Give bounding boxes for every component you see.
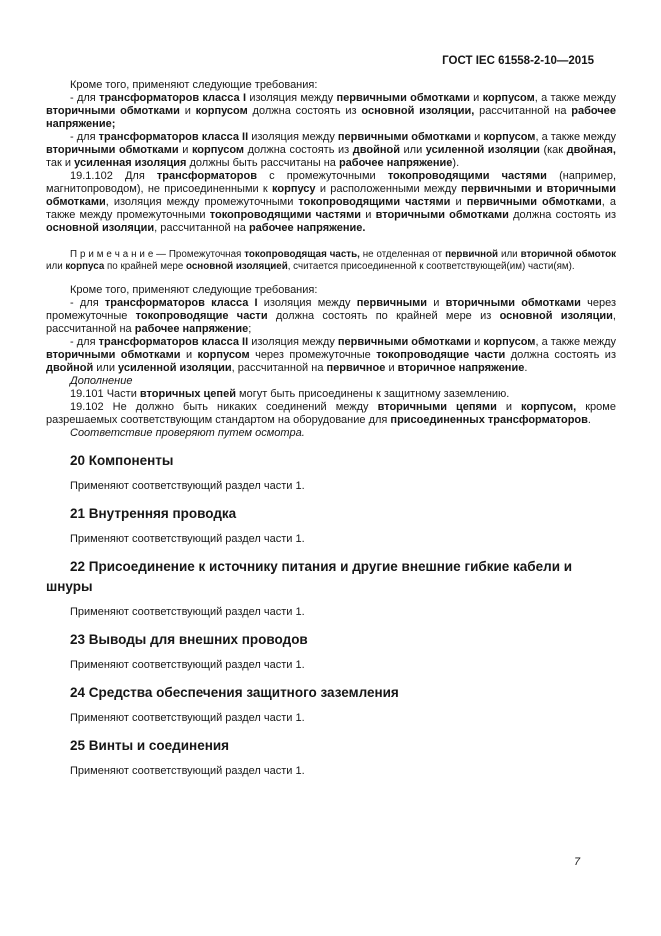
compliance-check: Соответствие проверяют путем осмотра. — [46, 427, 616, 440]
text-segment: вторичными обмотками — [46, 105, 180, 117]
text-segment: вторичной обмоток — [521, 249, 616, 260]
text-segment: усиленная изоляция — [74, 157, 186, 169]
text-segment: двойной — [353, 144, 400, 156]
text-segment: - для — [70, 297, 105, 309]
text-segment: корпусом — [198, 349, 250, 361]
text-segment: корпусом — [483, 131, 535, 143]
text-segment: ; — [248, 323, 251, 335]
addition-label: Дополнение — [46, 375, 616, 388]
section-24-body: Применяют соответствующий раздел части 1… — [46, 712, 616, 725]
text-segment: трансформаторов класса I — [105, 297, 258, 309]
text-segment: корпусом — [192, 144, 244, 156]
section-22-heading: 22 Присоединение к источнику питания и д… — [46, 557, 616, 597]
text-segment: рабочее напряжение. — [249, 222, 366, 234]
text-segment: Применяют соответствующий раздел части 1… — [70, 606, 305, 618]
text-segment: основной изоляции, — [361, 105, 474, 117]
text-segment: и — [470, 92, 483, 104]
text-segment: трансформаторов класса I — [99, 92, 246, 104]
text-segment: первичными обмотками — [337, 92, 470, 104]
text-segment: рабочее напряжение — [339, 157, 452, 169]
text-segment: основной изоляцией — [186, 261, 288, 272]
text-segment: с промежуточными — [257, 170, 388, 182]
note-19-1-102: П р и м е ч а н и е — Промежуточная токо… — [46, 249, 616, 273]
text-segment: , считается присоединенной к соответству… — [288, 261, 575, 272]
text-segment: 19.102 Не должно быть никаких соединений… — [70, 401, 378, 413]
text-segment: двойная, — [567, 144, 616, 156]
section-21-heading: 21 Внутренняя проводка — [46, 504, 616, 524]
text-segment: корпуса — [65, 261, 104, 272]
text-segment: вторичными цепями — [378, 401, 497, 413]
text-segment: первичными обмотками — [338, 336, 471, 348]
section-21-body: Применяют соответствующий раздел части 1… — [46, 533, 616, 546]
text-segment: корпусом — [483, 92, 535, 104]
text-segment: токопроводящими частями — [298, 196, 450, 208]
text-segment: вторичными обмотками — [446, 297, 581, 309]
text-segment: могут быть присоединены к защитному зазе… — [236, 388, 509, 400]
text-segment: вторичными обмотками — [46, 144, 179, 156]
text-segment: первичными обмотками — [338, 131, 471, 143]
text-segment: , рассчитанной на — [154, 222, 249, 234]
text-segment: усиленной изоляции — [118, 362, 232, 374]
text-segment: ). — [452, 157, 459, 169]
section-23-heading: 23 Выводы для внешних проводов — [46, 630, 616, 650]
text-segment: не отделенная от — [360, 249, 445, 260]
page-number: 7 — [574, 856, 580, 868]
text-segment: рабочее напряжение — [135, 323, 248, 335]
clause-19-102: 19.102 Не должно быть никаких соединений… — [46, 401, 616, 427]
document-body: Кроме того, применяют следующие требован… — [46, 79, 616, 778]
document-page: ГОСТ IEC 61558-2-10—2015 Кроме того, при… — [0, 0, 661, 936]
text-segment: и — [181, 349, 198, 361]
text-segment: корпусом — [483, 336, 535, 348]
text-segment: Применяют соответствующий раздел части 1… — [70, 480, 305, 492]
text-segment: и — [471, 336, 483, 348]
text-segment: 25 Винты и соединения — [70, 738, 229, 753]
text-segment: П р и м е ч а н и е — Промежуточная — [70, 249, 244, 260]
text-segment: трансформаторов — [157, 170, 257, 182]
text-segment: и — [180, 105, 196, 117]
text-segment: и — [450, 196, 466, 208]
text-segment: Соответствие проверяют путем осмотра. — [70, 427, 305, 439]
text-segment: 23 Выводы для внешних проводов — [70, 632, 308, 647]
text-segment: Кроме того, применяют следующие требован… — [70, 284, 317, 296]
text-segment: должна состоять из — [509, 209, 616, 221]
text-segment: должна состоять по крайней мере из — [268, 310, 500, 322]
text-segment: Применяют соответствующий раздел части 1… — [70, 712, 305, 724]
text-segment: усиленной изоляции — [426, 144, 540, 156]
text-segment: первичными обмотками — [467, 196, 602, 208]
text-segment: через промежуточные — [250, 349, 377, 361]
section-25-heading: 25 Винты и соединения — [46, 736, 616, 756]
text-segment: вторичных цепей — [140, 388, 236, 400]
text-segment: токопроводящими частями — [388, 170, 547, 182]
text-segment: основной изоляции — [46, 222, 154, 234]
text-segment: должны быть рассчитаны на — [186, 157, 339, 169]
text-segment: токопроводящие части — [376, 349, 505, 361]
text-segment: присоединенных трансформаторов — [390, 414, 587, 426]
text-segment: должна состоять из — [505, 349, 616, 361]
text-segment: , изоляция между промежуточными — [106, 196, 299, 208]
text-segment: корпусом — [196, 105, 248, 117]
text-segment: двойной — [46, 362, 93, 374]
text-segment: - для — [70, 131, 99, 143]
text-segment: корпусом, — [521, 401, 576, 413]
text-segment: изоляция между — [258, 297, 357, 309]
text-segment: и — [385, 362, 397, 374]
text-segment: Применяют соответствующий раздел части 1… — [70, 765, 305, 777]
text-segment: и расположенными между — [316, 183, 461, 195]
text-segment: так и — [46, 157, 74, 169]
text-segment: и — [361, 209, 376, 221]
text-segment: основной изоляции — [500, 310, 613, 322]
section-24-heading: 24 Средства обеспечения защитного заземл… — [46, 683, 616, 703]
text-segment: Дополнение — [70, 375, 132, 387]
text-segment: 19.1.102 Для — [70, 170, 157, 182]
text-segment: (как — [540, 144, 567, 156]
text-segment: первичной — [445, 249, 498, 260]
text-segment: вторичными обмотками — [46, 349, 181, 361]
section-22-body: Применяют соответствующий раздел части 1… — [46, 606, 616, 619]
section-25-body: Применяют соответствующий раздел части 1… — [46, 765, 616, 778]
text-segment: 19.101 Части — [70, 388, 140, 400]
intro-requirements-2: Кроме того, применяют следующие требован… — [46, 284, 616, 297]
clause-19-1-102: 19.1.102 Для трансформаторов с промежуто… — [46, 170, 616, 235]
text-segment: токопроводящими частями — [210, 209, 361, 221]
text-segment: или — [46, 261, 65, 272]
text-segment: , рассчитанной на — [232, 362, 327, 374]
text-segment: Применяют соответствующий раздел части 1… — [70, 659, 305, 671]
text-segment: - для — [70, 92, 99, 104]
text-segment: вторичными обмотками — [376, 209, 509, 221]
section-20-heading: 20 Компоненты — [46, 451, 616, 471]
text-segment: токопроводящие части — [136, 310, 268, 322]
intro-requirements-1: Кроме того, применяют следующие требован… — [46, 79, 616, 92]
text-segment: Применяют соответствующий раздел части 1… — [70, 533, 305, 545]
text-segment: изоляция между — [248, 131, 338, 143]
class2-insulation-requirement: - для трансформаторов класса II изоляция… — [46, 131, 616, 170]
text-segment: и — [179, 144, 192, 156]
text-segment: должна состоять из — [248, 105, 362, 117]
text-segment: и — [427, 297, 446, 309]
text-segment: 21 Внутренняя проводка — [70, 506, 236, 521]
text-segment: или — [400, 144, 426, 156]
text-segment: вторичное напряжение — [398, 362, 525, 374]
text-segment: первичными — [357, 297, 427, 309]
text-segment: 20 Компоненты — [70, 453, 173, 468]
text-segment: . — [588, 414, 591, 426]
text-segment: первичное — [327, 362, 386, 374]
text-segment: изоляция между — [248, 336, 338, 348]
text-segment: или — [93, 362, 118, 374]
section-23-body: Применяют соответствующий раздел части 1… — [46, 659, 616, 672]
text-segment: изоляция между — [246, 92, 336, 104]
text-segment: трансформаторов класса II — [99, 336, 249, 348]
text-segment: и — [471, 131, 483, 143]
text-segment: - для — [70, 336, 99, 348]
text-segment: токопроводящая часть, — [244, 249, 360, 260]
standard-reference: ГОСТ IEC 61558-2-10—2015 — [46, 55, 616, 68]
class1-intermediate-requirement: - для трансформаторов класса I изоляция … — [46, 297, 616, 336]
text-segment: трансформаторов класса II — [99, 131, 249, 143]
text-segment: корпусу — [272, 183, 316, 195]
text-segment: , а также между — [535, 92, 616, 104]
text-segment: , а также между — [535, 131, 616, 143]
text-segment: должна состоять из — [244, 144, 353, 156]
page-content: ГОСТ IEC 61558-2-10—2015 Кроме того, при… — [46, 55, 616, 778]
text-segment: Кроме того, применяют следующие требован… — [70, 79, 317, 91]
class1-insulation-requirement: - для трансформаторов класса I изоляция … — [46, 92, 616, 131]
text-segment: . — [524, 362, 527, 374]
section-20-body: Применяют соответствующий раздел части 1… — [46, 480, 616, 493]
class2-intermediate-requirement: - для трансформаторов класса II изоляция… — [46, 336, 616, 375]
clause-19-101: 19.101 Части вторичных цепей могут быть … — [46, 388, 616, 401]
text-segment: 24 Средства обеспечения защитного заземл… — [70, 685, 399, 700]
text-segment: или — [498, 249, 521, 260]
text-segment: по крайней мере — [104, 261, 186, 272]
text-segment: рассчитанной на — [474, 105, 571, 117]
text-segment: 22 Присоединение к источнику питания и д… — [46, 559, 572, 594]
text-segment: , а также между — [535, 336, 616, 348]
text-segment: и — [497, 401, 521, 413]
